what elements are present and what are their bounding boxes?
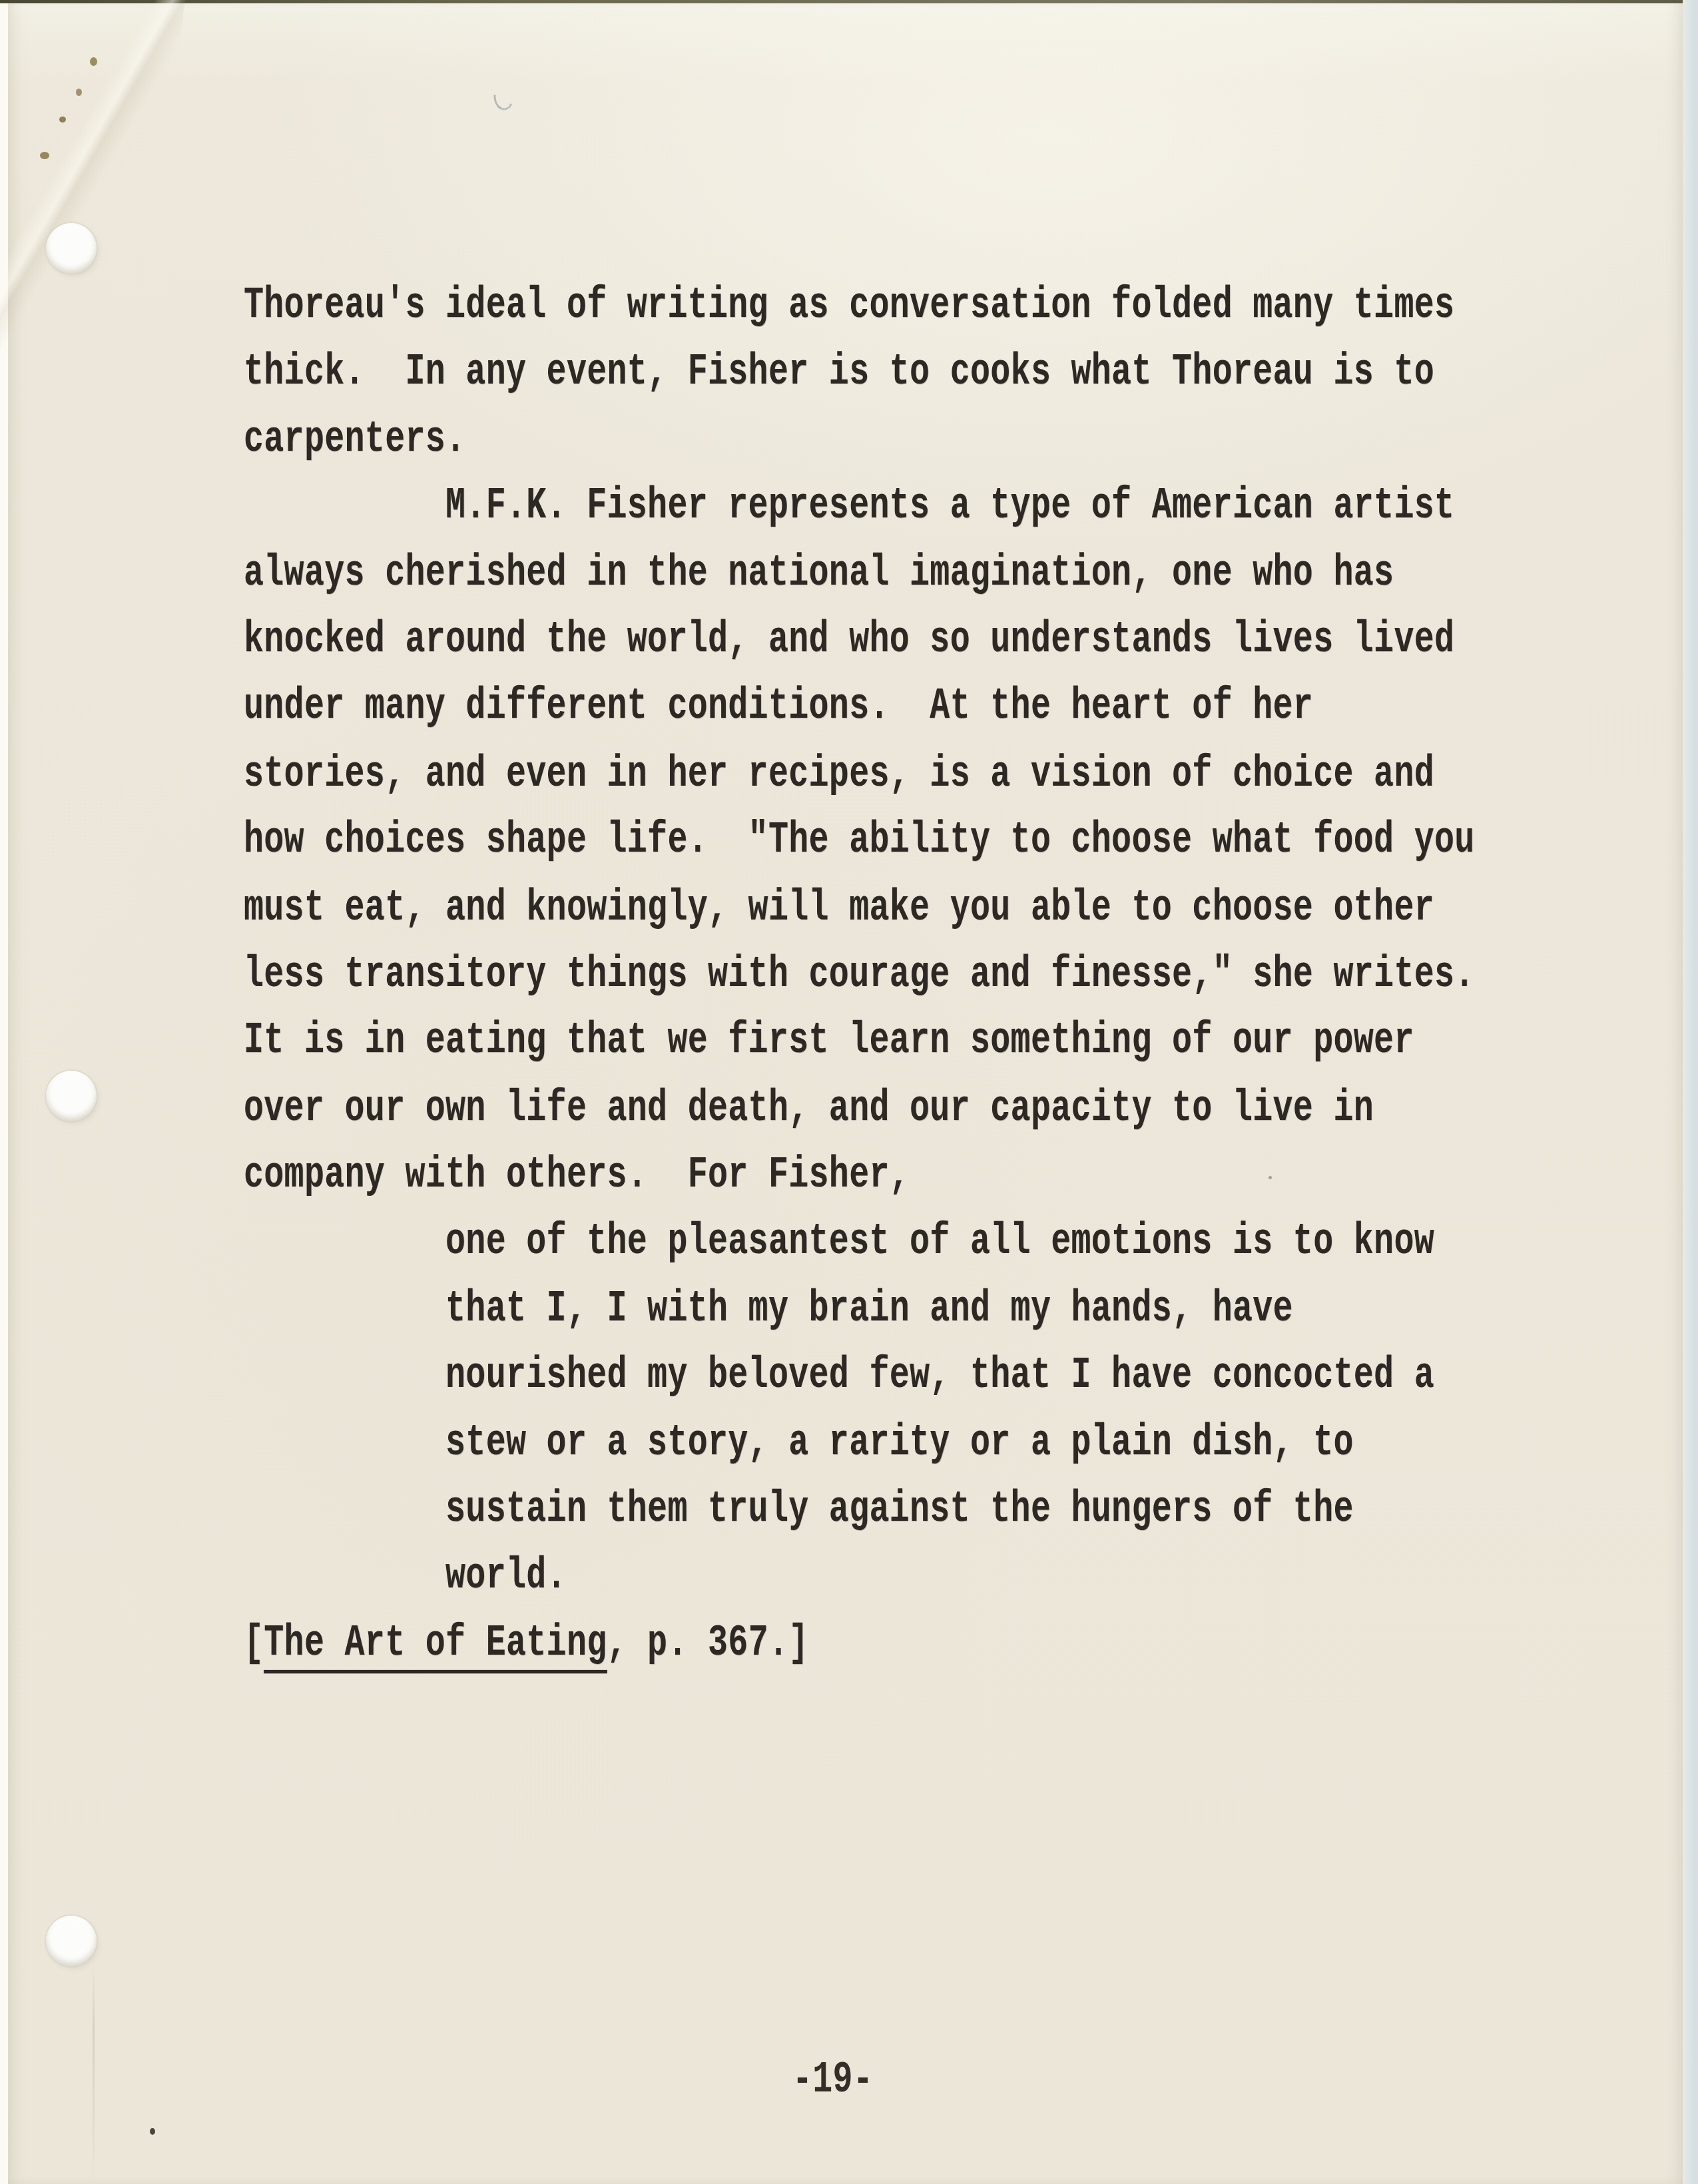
typed-quote-line-03: nourished my beloved few, that I have co… <box>244 1343 1475 1410</box>
typed-line-06: knocked around the world, and who so und… <box>244 607 1475 674</box>
punch-hole-top <box>46 223 97 274</box>
typed-line-04: M.F.K. Fisher represents a type of Ameri… <box>244 473 1475 540</box>
citation-open-bracket: [ <box>244 1617 264 1669</box>
staple-mark-speck <box>76 89 82 96</box>
punch-hole-middle <box>46 1071 97 1121</box>
staple-mark-speck <box>40 152 49 159</box>
typed-line-03: carpenters. <box>244 407 1475 473</box>
typed-line-14: company with others. For Fisher, <box>244 1143 1475 1209</box>
typed-quote-line-05: sustain them truly against the hungers o… <box>244 1477 1475 1543</box>
typed-line-02: thick. In any event, Fisher is to cooks … <box>244 340 1475 406</box>
scanned-page: Thoreau's ideal of writing as conversati… <box>0 0 1698 2184</box>
typed-body-text: Thoreau's ideal of writing as conversati… <box>244 273 1475 1677</box>
typed-line-09: how choices shape life. "The ability to … <box>244 808 1475 874</box>
page-number: -19- <box>792 2047 873 2114</box>
punch-hole-bottom <box>46 1916 97 1966</box>
scanner-right-edge-strip <box>1683 0 1698 2184</box>
typed-quote-line-02: that I, I with my brain and my hands, ha… <box>244 1276 1475 1342</box>
citation-page-reference: , p. 367.] <box>607 1617 809 1669</box>
typed-line-01: Thoreau's ideal of writing as conversati… <box>244 273 1475 340</box>
paper-crease-bottom-left <box>93 1963 95 2184</box>
typed-line-12: It is in eating that we first learn some… <box>244 1009 1475 1075</box>
staple-mark-speck <box>59 117 66 123</box>
citation-book-title-underlined: The Art of Eating <box>264 1617 607 1673</box>
typed-quote-line-06: world. <box>244 1543 1475 1610</box>
typed-line-05: always cherished in the national imagina… <box>244 541 1475 607</box>
staple-mark-speck <box>90 57 97 66</box>
typed-line-07: under many different conditions. At the … <box>244 675 1475 741</box>
typed-line-08: stories, and even in her recipes, is a v… <box>244 741 1475 808</box>
typed-line-10: must eat, and knowingly, will make you a… <box>244 875 1475 942</box>
typed-line-13: over our own life and death, and our cap… <box>244 1075 1475 1142</box>
typed-quote-line-01: one of the pleasantest of all emotions i… <box>244 1209 1475 1276</box>
typed-line-11: less transitory things with courage and … <box>244 942 1475 1008</box>
citation-line: [The Art of Eating, p. 367.] <box>244 1611 1475 1677</box>
typed-quote-line-04: stew or a story, a rarity or a plain dis… <box>244 1410 1475 1476</box>
ink-speck <box>150 2128 155 2135</box>
